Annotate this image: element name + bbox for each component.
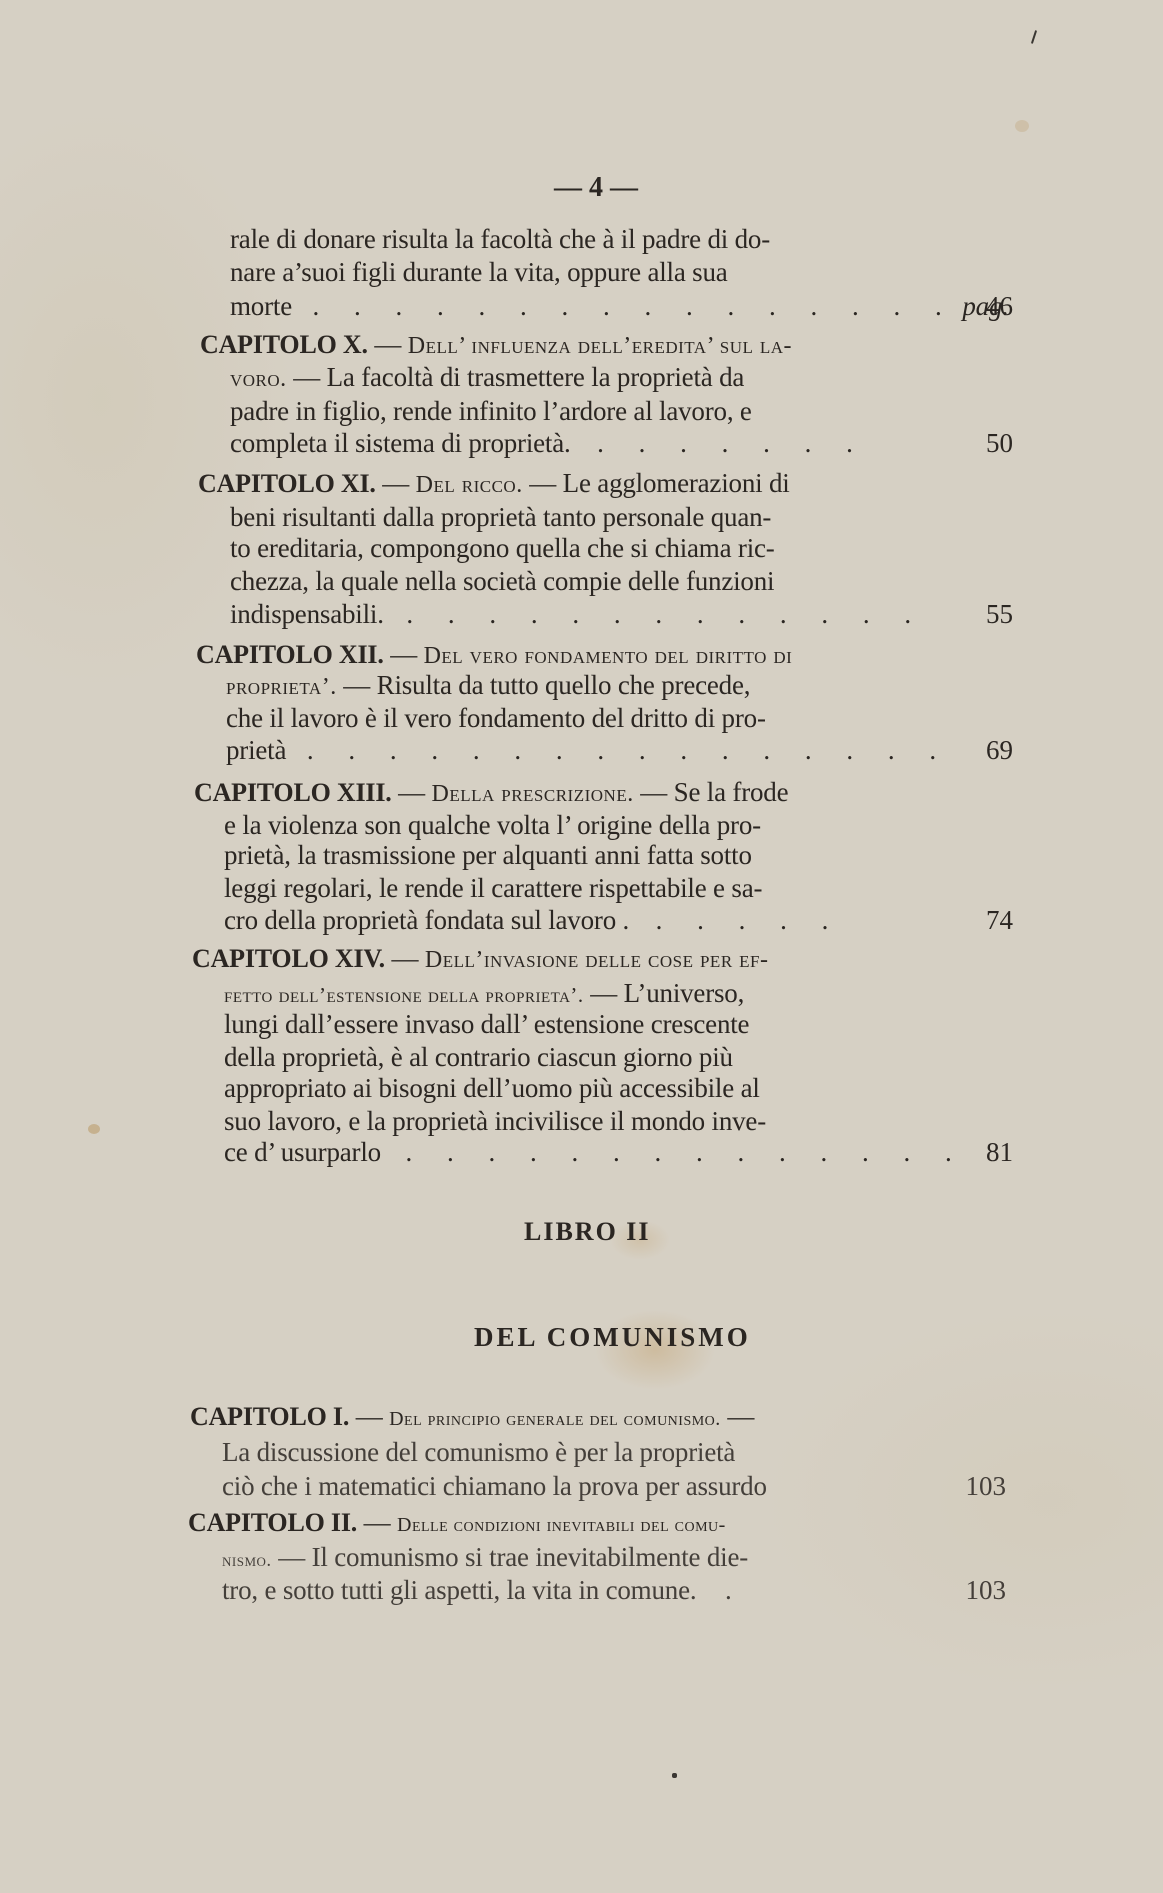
leader-dots: . . . . . . . . . . . . . . . .	[313, 291, 956, 321]
toc-line: ciò che i matematici chiamano la prova p…	[222, 1471, 767, 1501]
chapter-title: Delle condizioni inevitabili del comu-	[397, 1514, 726, 1536]
toc-line: nismo. — Il comunismo si trae inevitabil…	[222, 1542, 748, 1576]
toc-line: morte . . . . . . . . . . . . . . . . pa…	[230, 291, 1009, 321]
ink-dot	[672, 1773, 677, 1778]
book-page: — 4 — rale di donare risulta la facoltà …	[0, 0, 1163, 1893]
page-ref: 81	[986, 1137, 1013, 1167]
toc-line: cro della proprietà fondata sul lavoro .…	[224, 905, 842, 935]
toc-line: padre in figlio, rende infinito l’ardore…	[230, 396, 752, 426]
chapter-title: Del ricco.	[416, 472, 523, 498]
chapter-title-cont: voro.	[230, 366, 287, 392]
dash: —	[390, 639, 417, 669]
summary-text: tro, e sotto tutti gli aspetti, la vita …	[222, 1575, 696, 1605]
entry-text: morte	[230, 291, 292, 321]
leader-dots: . . . . . . . . . . . . . .	[406, 1137, 966, 1167]
dash: —	[727, 1401, 754, 1431]
book-title: DEL COMUNISMO	[474, 1322, 751, 1353]
chapter-title: Del vero fondamento del diritto di	[424, 643, 793, 669]
summary-text: cro della proprietà fondata sul lavoro .	[224, 905, 629, 935]
foxing-stain	[88, 1124, 100, 1134]
chapter-label: CAPITOLO XIII.	[194, 778, 392, 807]
dash: —	[374, 329, 401, 359]
book-label: LIBRO II	[524, 1217, 651, 1247]
toc-line: voro. — La facoltà di trasmettere la pro…	[230, 362, 744, 394]
summary-text: La facoltà di trasmettere la proprietà d…	[327, 362, 745, 392]
summary-text: prietà	[226, 735, 286, 765]
summary-text: Risulta da tutto quello che precede,	[377, 670, 751, 700]
chapter-label: CAPITOLO XII.	[196, 640, 384, 669]
leader-dots: . . . . . . .	[597, 428, 867, 458]
toc-line: chezza, la quale nella società compie de…	[230, 566, 774, 596]
toc-line: beni risultanti dalla proprietà tanto pe…	[230, 502, 771, 532]
leader-dots: .	[725, 1575, 732, 1605]
page-ref: 69	[986, 735, 1013, 765]
toc-line: leggi regolari, le rende il carattere ri…	[224, 873, 762, 903]
page-ref: 103	[966, 1575, 1007, 1605]
toc-line: fetto dell’estensione della proprieta’. …	[224, 978, 744, 1010]
dash: —	[529, 468, 556, 498]
toc-line: prietà . . . . . . . . . . . . . . . .	[226, 735, 950, 765]
chapter-heading: CAPITOLO XIV. — Dell’invasione delle cos…	[192, 943, 768, 975]
summary-text: completa il sistema di proprietà.	[230, 428, 571, 458]
summary-text: Se la frode	[674, 777, 789, 807]
chapter-label: CAPITOLO X.	[200, 330, 368, 359]
dash: —	[392, 943, 419, 973]
leader-dots: . . . . . . . . . . . . .	[406, 599, 925, 629]
summary-text: ce d’ usurparlo	[224, 1137, 381, 1167]
page-ref: 55	[986, 599, 1013, 629]
chapter-label: CAPITOLO XIV.	[192, 944, 385, 973]
toc-line: La discussione del comunismo è per la pr…	[222, 1437, 735, 1467]
toc-line: nare a’suoi figli durante la vita, oppur…	[230, 257, 728, 287]
page-ref: 46	[986, 291, 1013, 321]
toc-line: prietà, la trasmissione per alquanti ann…	[224, 840, 752, 870]
chapter-title: Dell’invasione delle cose per ef-	[425, 947, 769, 973]
chapter-title-cont: proprieta’.	[226, 674, 337, 700]
chapter-heading: CAPITOLO XIII. — Della prescrizione. — S…	[194, 777, 788, 809]
page-ref: 103	[966, 1471, 1007, 1501]
page-ref: 50	[986, 428, 1013, 458]
toc-line: e la violenza son qualche volta l’ origi…	[224, 810, 761, 840]
toc-line: proprieta’. — Risulta da tutto quello ch…	[226, 670, 750, 702]
toc-line: indispensabili. . . . . . . . . . . . . …	[230, 599, 925, 629]
dash: —	[382, 468, 409, 498]
page-ref: 74	[986, 905, 1013, 935]
chapter-title: Dell’ influenza dell’eredita’ sul la-	[408, 333, 792, 359]
dash: —	[364, 1507, 391, 1537]
dash: —	[590, 978, 617, 1008]
dash: —	[640, 777, 667, 807]
summary-text: Le agglomerazioni di	[563, 468, 790, 498]
chapter-title-cont: nismo.	[222, 1550, 272, 1571]
toc-line: ce d’ usurparlo . . . . . . . . . . . . …	[224, 1137, 966, 1167]
dash: —	[398, 777, 425, 807]
chapter-label: CAPITOLO XI.	[198, 469, 376, 498]
chapter-label: CAPITOLO I.	[190, 1402, 349, 1431]
ink-mark	[1031, 30, 1037, 44]
page-number: — 4 —	[554, 172, 638, 204]
chapter-label: CAPITOLO II.	[188, 1508, 357, 1537]
toc-line: completa il sistema di proprietà. . . . …	[230, 428, 867, 458]
toc-line: rale di donare risulta la facoltà che à …	[230, 224, 770, 254]
chapter-heading: CAPITOLO XII. — Del vero fondamento del …	[196, 639, 792, 671]
dash: —	[293, 362, 320, 392]
dash: —	[356, 1401, 383, 1431]
chapter-title: Del principio generale del comunismo.	[389, 1408, 721, 1430]
chapter-heading: CAPITOLO XI. — Del ricco. — Le agglomera…	[198, 468, 790, 500]
toc-line: suo lavoro, e la proprietà incivilisce i…	[224, 1106, 766, 1136]
toc-line: della proprietà, è al contrario ciascun …	[224, 1042, 733, 1072]
toc-line: tro, e sotto tutti gli aspetti, la vita …	[222, 1575, 732, 1605]
chapter-title-cont: fetto dell’estensione della proprieta’.	[224, 983, 584, 1007]
foxing-stain	[1015, 120, 1029, 132]
summary-text: L’universo,	[624, 978, 745, 1008]
dash: —	[278, 1542, 305, 1572]
leader-dots: . . . . .	[656, 905, 843, 935]
chapter-heading: CAPITOLO II. — Delle condizioni inevitab…	[188, 1507, 726, 1540]
chapter-title: Della prescrizione.	[431, 781, 633, 807]
chapter-heading: CAPITOLO I. — Del principio generale del…	[190, 1401, 754, 1434]
toc-line: che il lavoro è il vero fondamento del d…	[226, 703, 766, 733]
toc-line: lungi dall’essere invaso dall’ estension…	[224, 1009, 749, 1039]
toc-line: to ereditaria, compongono quella che si …	[230, 533, 775, 563]
leader-dots: . . . . . . . . . . . . . . . .	[307, 735, 950, 765]
dash: —	[343, 670, 370, 700]
toc-line: appropriato ai bisogni dell’uomo più acc…	[224, 1073, 760, 1103]
summary-text: Il comunismo si trae inevitabilmente die…	[312, 1542, 748, 1572]
chapter-heading: CAPITOLO X. — Dell’ influenza dell’eredi…	[200, 329, 792, 361]
summary-text: indispensabili.	[230, 599, 384, 629]
